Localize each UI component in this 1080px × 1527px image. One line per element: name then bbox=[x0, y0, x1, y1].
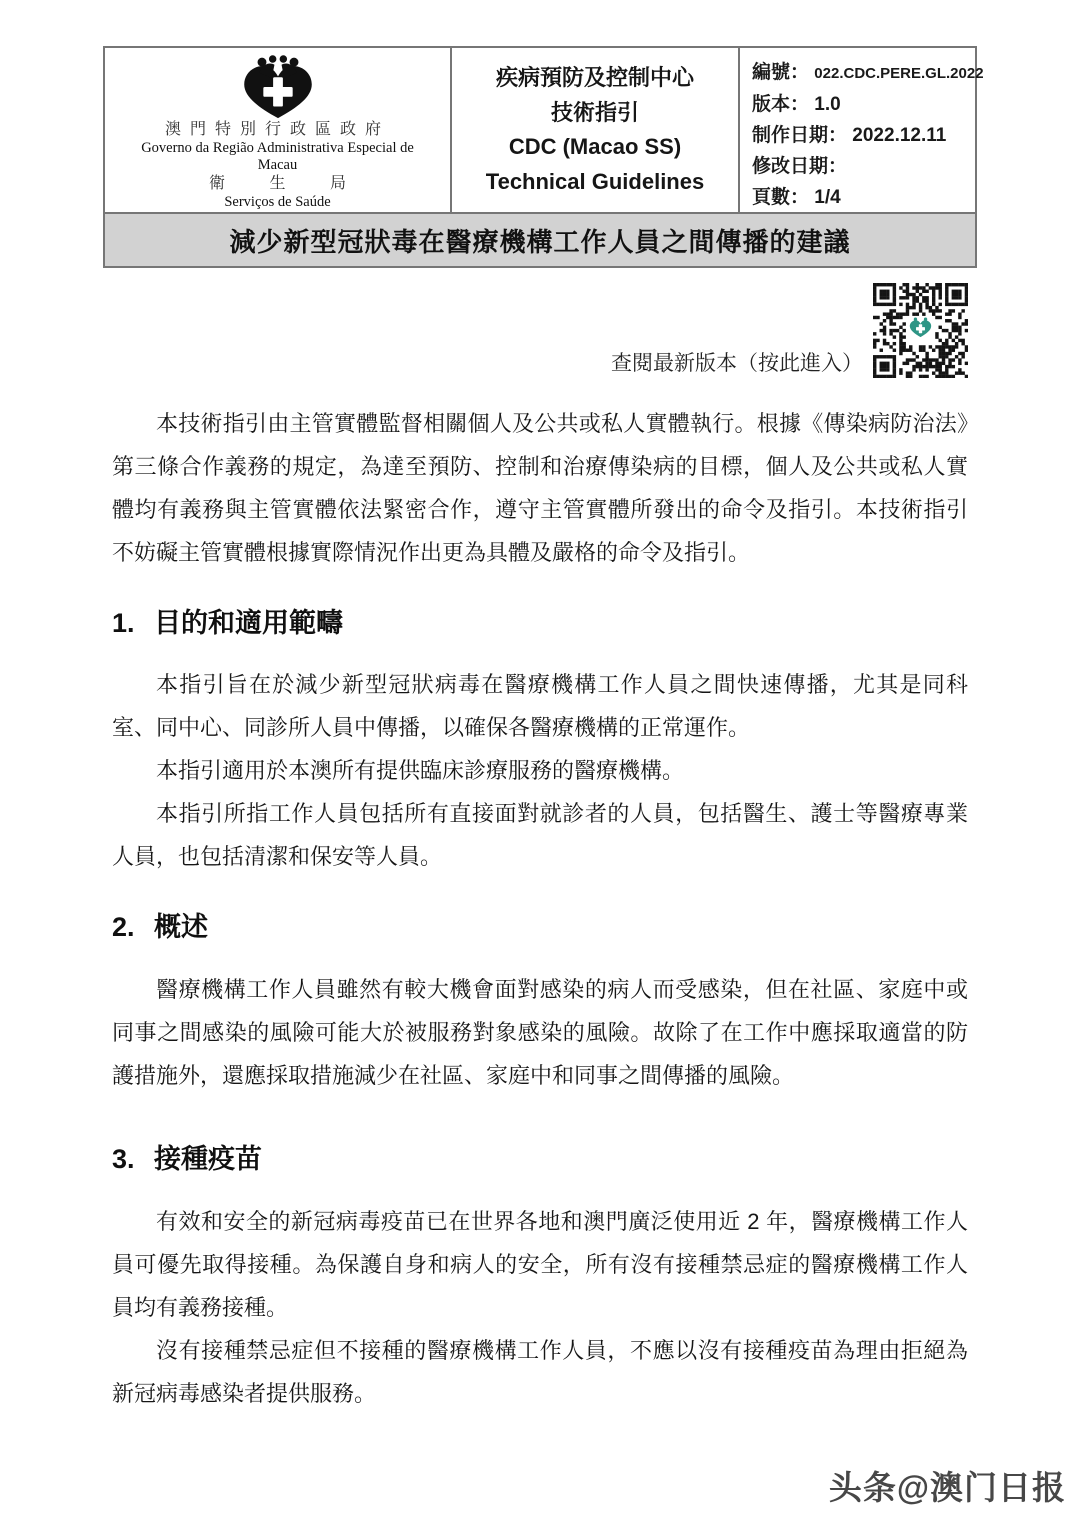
section-3-title: 接種疫苗 bbox=[154, 1144, 262, 1174]
meta-pages-label: 頁數： bbox=[752, 187, 809, 208]
org-name-pt-line2: Macau bbox=[105, 157, 450, 174]
section-2-title: 概述 bbox=[154, 912, 208, 942]
header-table: 澳門特別行政區政府 Governo da Região Administrati… bbox=[103, 46, 977, 268]
bureau-name-zh: 衛 生 局 bbox=[105, 174, 450, 194]
meta-pages: 頁數： 1/4 bbox=[752, 182, 975, 213]
latest-version-link[interactable]: 查閱最新版本（按此進入） bbox=[611, 351, 863, 378]
intro-paragraph-block: 本技術指引由主管實體監督相關個人及公共或私人實體執行。根據《傳染病防治法》第三條… bbox=[112, 402, 968, 574]
doc-type-line3: CDC (Macao SS) bbox=[509, 132, 681, 162]
section-1-paragraph: 本指引適用於本澳所有提供臨床診療服務的醫療機構。 bbox=[112, 749, 968, 792]
doc-type-line2: 技術指引 bbox=[551, 98, 639, 128]
meta-doc-no: 編號： 022.CDC.PERE.GL.2022 bbox=[752, 57, 975, 89]
section-2-paragraph: 醫療機構工作人員雖然有較大機會面對感染的病人而受感染，但在社區、家庭中或同事之間… bbox=[112, 968, 968, 1097]
meta-created: 制作日期： 2022.12.11 bbox=[752, 120, 975, 151]
section-1-heading: 1.目的和適用範疇 bbox=[112, 604, 968, 642]
section-3-paragraph: 沒有接種禁忌症但不接種的醫療機構工作人員，不應以沒有接種疫苗為理由拒絕為新冠病毒… bbox=[112, 1329, 968, 1415]
section-3-body: 有效和安全的新冠病毒疫苗已在世界各地和澳門廣泛使用近 2 年，醫療機構工作人員可… bbox=[112, 1200, 968, 1415]
meta-pages-value: 1/4 bbox=[814, 187, 840, 208]
section-2-number: 2. bbox=[112, 908, 154, 946]
document-title: 減少新型冠狀毒在醫療機構工作人員之間傳播的建議 bbox=[229, 222, 850, 259]
section-1-paragraph: 本指引旨在於減少新型冠狀病毒在醫療機構工作人員之間快速傳播，尤其是同科室、同中心… bbox=[112, 663, 968, 749]
org-name-zh: 澳門特別行政區政府 bbox=[105, 119, 450, 140]
section-3-paragraph: 有效和安全的新冠病毒疫苗已在世界各地和澳門廣泛使用近 2 年，醫療機構工作人員可… bbox=[112, 1200, 968, 1329]
meta-cell: 編號： 022.CDC.PERE.GL.2022 版本： 1.0 制作日期： 2… bbox=[740, 48, 975, 212]
meta-version-label: 版本： bbox=[752, 94, 809, 115]
meta-modified-label: 修改日期： bbox=[752, 156, 847, 177]
document-title-bar: 減少新型冠狀毒在醫療機構工作人員之間傳播的建議 bbox=[105, 212, 975, 266]
section-2-body: 醫療機構工作人員雖然有較大機會面對感染的病人而受感染，但在社區、家庭中或同事之間… bbox=[112, 968, 968, 1097]
doc-type-line1: 疾病預防及控制中心 bbox=[496, 63, 694, 93]
org-name-pt-line1: Governo da Região Administrativa Especia… bbox=[105, 140, 450, 157]
qr-section: 查閱最新版本（按此進入） bbox=[112, 283, 968, 378]
section-1-body: 本指引旨在於減少新型冠狀病毒在醫療機構工作人員之間快速傳播，尤其是同科室、同中心… bbox=[112, 663, 968, 878]
meta-version: 版本： 1.0 bbox=[752, 89, 975, 120]
section-1-title: 目的和適用範疇 bbox=[154, 608, 343, 638]
meta-modified: 修改日期： bbox=[752, 151, 975, 182]
section-2-heading: 2.概述 bbox=[112, 908, 968, 946]
health-bureau-logo-icon bbox=[230, 55, 326, 119]
qr-code[interactable] bbox=[873, 283, 968, 378]
org-cell: 澳門特別行政區政府 Governo da Região Administrati… bbox=[105, 48, 452, 212]
section-1-number: 1. bbox=[112, 604, 154, 642]
meta-created-value: 2022.12.11 bbox=[852, 125, 946, 146]
page: { "header": { "org": { "name_zh": "澳門特別行… bbox=[0, 0, 1080, 1527]
doc-type-cell: 疾病預防及控制中心 技術指引 CDC (Macao SS) Technical … bbox=[452, 48, 740, 212]
header-row: 澳門特別行政區政府 Governo da Região Administrati… bbox=[105, 48, 975, 212]
meta-created-label: 制作日期： bbox=[752, 125, 847, 146]
bureau-name-pt: Serviços de Saúde bbox=[105, 194, 450, 211]
section-3-heading: 3.接種疫苗 bbox=[112, 1140, 968, 1178]
meta-version-value: 1.0 bbox=[814, 94, 840, 115]
doc-type-line4: Technical Guidelines bbox=[486, 167, 704, 197]
toutiao-watermark: 头条@澳门日报 bbox=[829, 1462, 1066, 1509]
meta-doc-no-label: 編號： bbox=[752, 62, 809, 83]
meta-doc-no-value: 022.CDC.PERE.GL.2022 bbox=[814, 65, 983, 82]
intro-paragraph: 本技術指引由主管實體監督相關個人及公共或私人實體執行。根據《傳染病防治法》第三條… bbox=[112, 402, 968, 574]
section-3-number: 3. bbox=[112, 1140, 154, 1178]
section-1-paragraph: 本指引所指工作人員包括所有直接面對就診者的人員，包括醫生、護士等醫療專業人員，也… bbox=[112, 792, 968, 878]
